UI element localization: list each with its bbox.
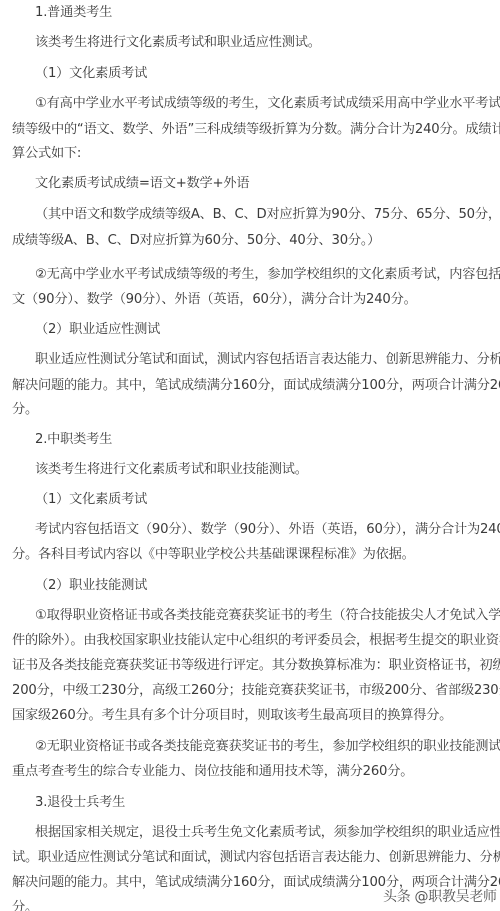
text-line: （2）职业技能测试: [35, 578, 147, 594]
text-line: （其中语文和数学成绩等级A、B、C、D对应折算为90分、75分、65分、50分，…: [35, 207, 500, 223]
text-line: ①取得职业资格证书或各类技能竞赛获奖证书的考生（符合技能拔尖人才免试入学条: [35, 608, 500, 624]
text-line: 解决问题的能力。其中，笔试成绩满分160分，面试成绩满分100分，两项合计满分2…: [12, 378, 500, 394]
text-line: 件的除外）。由我校国家职业技能认定中心组织的考评委员会，根据考生提交的职业资格: [12, 633, 500, 649]
text-line: 重点考查考生的综合专业能力、岗位技能和通用技术等，满分260分。: [12, 764, 413, 780]
text-line: 绩等级中的“语文、数学、外语”三科成绩等级折算为分数。满分合计为240分。成绩计: [12, 122, 500, 138]
text-line: 算公式如下:: [12, 146, 81, 162]
text-line: 该类考生将进行文化素质考试和职业技能测试。: [35, 462, 308, 478]
text-line: 该类考生将进行文化素质考试和职业适应性测试。: [35, 35, 321, 51]
text-line: 文（90分）、数学（90分）、外语（英语，60分），满分合计为240分。: [12, 292, 417, 308]
text-line: 文化素质考试成绩=语文+数学+外语: [35, 176, 249, 192]
text-line: ②无高中学业水平考试成绩等级的考生，参加学校组织的文化素质考试，内容包括语: [35, 267, 500, 283]
text-line: ①有高中学业水平考试成绩等级的考生，文化素质考试成绩采用高中学业水平考试成: [35, 96, 500, 112]
text-line: 分。各科目考试内容以《中等职业学校公共基础课课程标准》为依据。: [12, 547, 415, 563]
text-line: （1）文化素质考试: [35, 492, 147, 508]
text-line: 考试内容包括语文（90分）、数学（90分）、外语（英语，60分），满分合计为24…: [35, 522, 500, 538]
text-line: 试。职业适应性测试分笔试和面试，测试内容包括语言表达能力、创新思辨能力、分析和: [12, 850, 500, 866]
text-line: （2）职业适应性测试: [35, 322, 160, 338]
text-line: 根据国家相关规定，退役士兵考生免文化素质考试，须参加学校组织的职业适应性测: [35, 825, 500, 841]
text-line: 200分，中级工230分，高级工260分；技能竞赛获奖证书，市级200分、省部级…: [12, 683, 500, 699]
text-line: 职业适应性测试分笔试和面试，测试内容包括语言表达能力、创新思辨能力、分析和: [35, 352, 500, 368]
text-line: 3.退役士兵考生: [35, 795, 125, 811]
text-line: 成绩等级A、B、C、D对应折算为60分、50分、40分、30分。）: [12, 233, 380, 249]
text-line: 分。: [12, 402, 38, 418]
watermark: 头条 @职教吴老师: [383, 886, 497, 906]
text-line: ②无职业资格证书或各类技能竞赛获奖证书的考生，参加学校组织的职业技能测试，: [35, 739, 500, 755]
text-line: 2.中职类考生: [35, 432, 112, 448]
text-line: 证书及各类技能竞赛获奖证书等级进行评定。其分数换算标准为：职业资格证书，初级工: [12, 658, 500, 674]
text-line: 1.普通类考生: [35, 5, 112, 21]
text-line: 分。: [12, 900, 38, 911]
text-line: 国家级260分。考生具有多个计分项目时，则取该考生最高项目的换算得分。: [12, 708, 452, 724]
text-line: （1）文化素质考试: [35, 66, 147, 82]
